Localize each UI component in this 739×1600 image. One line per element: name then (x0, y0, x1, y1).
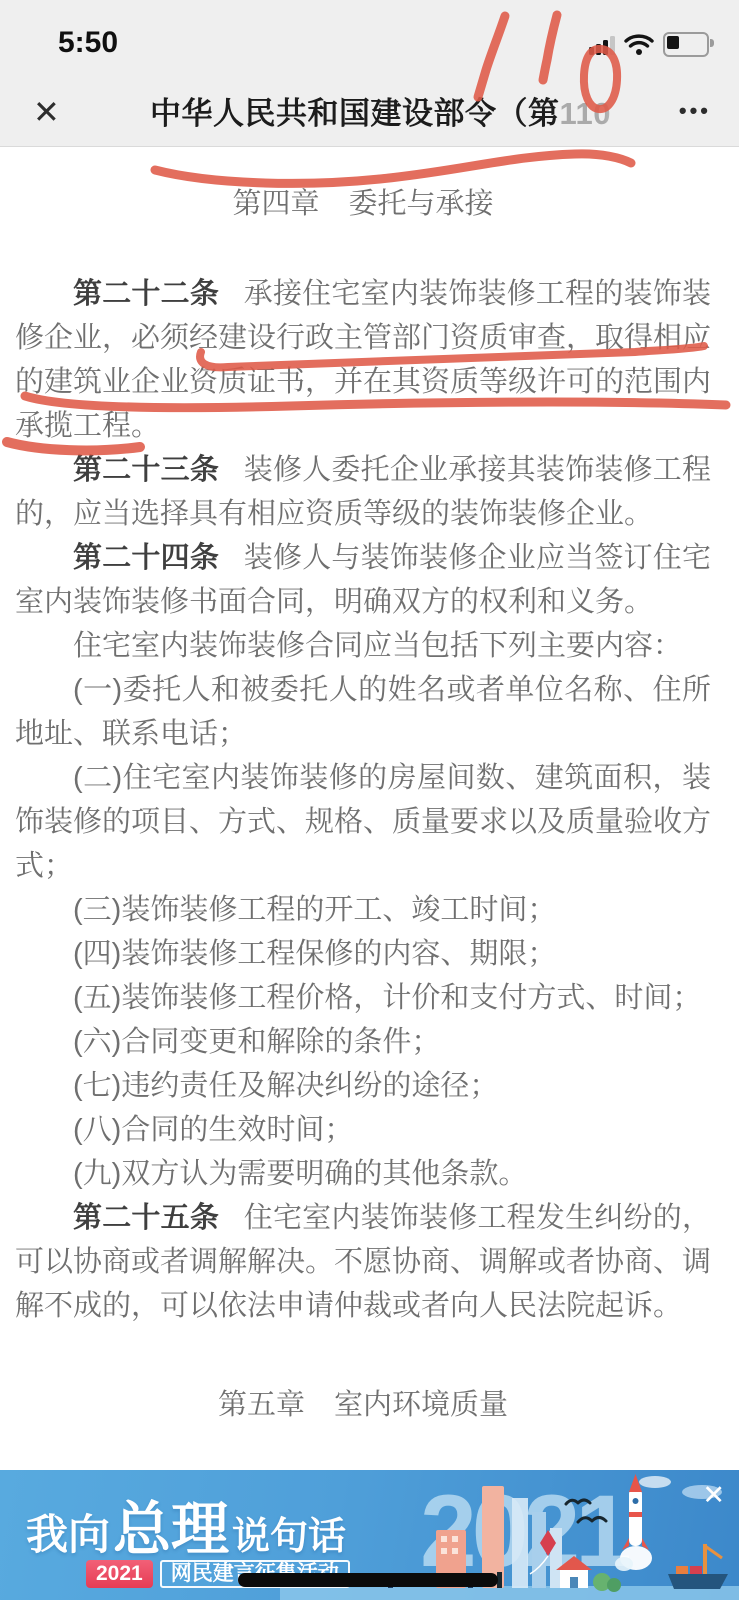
paragraph: (六)合同变更和解除的条件； (15, 1020, 711, 1064)
banner-close-icon[interactable]: ✕ (702, 1482, 725, 1509)
paragraph: (二)住宅室内装饰装修的房屋间数、建筑面积，装饰装修的项目、方式、规格、质量要求… (15, 756, 711, 888)
article-text: (六)合同变更和解除的条件； (73, 1026, 440, 1058)
article-text: (九)双方认为需要明确的其他条款。 (73, 1158, 527, 1190)
chapter-4-heading: 第四章 委托与承接 (15, 182, 711, 226)
article-number: 第二十五条 (73, 1202, 219, 1234)
phone-screen: 5:50 ✕ 中华人民共和国建设部令（第110 ••• 第四章 委托与承接 第二… (0, 0, 739, 1600)
article-number: 第二十四条 (73, 542, 219, 574)
chapter-5-heading: 第五章 室内环境质量 (15, 1383, 711, 1427)
close-button[interactable]: ✕ (33, 94, 60, 130)
paragraph: (一)委托人和被委托人的姓名或者单位名称、住所地址、联系电话； (15, 668, 711, 756)
article-text: (三)装饰装修工程的开工、竣工时间； (73, 894, 556, 926)
cellular-signal-icon (589, 35, 615, 55)
article-text: (七)违约责任及解决纠纷的途径； (73, 1070, 498, 1102)
article-text: (一)委托人和被委托人的姓名或者单位名称、住所地址、联系电话； (15, 674, 711, 750)
paragraph: 第二十五条住宅室内装饰装修工程发生纠纷的，可以协商或者调解解决。不愿协商、调解或… (15, 1196, 711, 1328)
year-badge: 2021 (86, 1560, 153, 1588)
page-title: 中华人民共和国建设部令（第110 (150, 96, 611, 132)
paragraph: (九)双方认为需要明确的其他条款。 (15, 1152, 711, 1196)
paragraph: (五)装饰装修工程价格，计价和支付方式、时间； (15, 976, 711, 1020)
battery-icon (663, 32, 709, 57)
header-area: 5:50 ✕ 中华人民共和国建设部令（第110 ••• (0, 0, 739, 147)
paragraph: 第二十四条装修人与装饰装修企业应当签订住宅室内装饰装修书面合同，明确双方的权利和… (15, 536, 711, 624)
wifi-icon (624, 34, 654, 56)
article-number: 第二十二条 (73, 278, 219, 310)
article-text: (四)装饰装修工程保修的内容、期限； (73, 938, 556, 970)
more-menu-button[interactable]: ••• (679, 98, 711, 124)
title-fade-mask (604, 92, 650, 136)
paragraph: 住宅室内装饰装修合同应当包括下列主要内容： (15, 624, 711, 668)
article-text: 住宅室内装饰装修合同应当包括下列主要内容： (73, 630, 682, 662)
banner-slogan: 我向总理说句话 (26, 1482, 346, 1566)
status-icons (589, 32, 709, 57)
paragraph: (三)装饰装修工程的开工、竣工时间； (15, 888, 711, 932)
article-text: (八)合同的生效时间； (73, 1114, 353, 1146)
paragraph: (七)违约责任及解决纠纷的途径； (15, 1064, 711, 1108)
document-body: 第四章 委托与承接 第二十二条承接住宅室内装饰装修工程的装饰装修企业，必须经建设… (0, 146, 739, 1473)
home-indicator[interactable] (238, 1573, 498, 1587)
status-time: 5:50 (58, 26, 118, 60)
article-text: (二)住宅室内装饰装修的房屋间数、建筑面积，装饰装修的项目、方式、规格、质量要求… (15, 762, 711, 882)
article-text: (五)装饰装修工程价格，计价和支付方式、时间； (73, 982, 701, 1014)
article-paragraphs: 第二十二条承接住宅室内装饰装修工程的装饰装修企业，必须经建设行政主管部门资质审查… (15, 272, 711, 1328)
paragraph: (八)合同的生效时间； (15, 1108, 711, 1152)
paragraph: (四)装饰装修工程保修的内容、期限； (15, 932, 711, 976)
article-number: 第二十三条 (73, 454, 219, 486)
paragraph: 第二十三条装修人委托企业承接其装饰装修工程的，应当选择具有相应资质等级的装饰装修… (15, 448, 711, 536)
paragraph: 第二十二条承接住宅室内装饰装修工程的装饰装修企业，必须经建设行政主管部门资质审查… (15, 272, 711, 448)
